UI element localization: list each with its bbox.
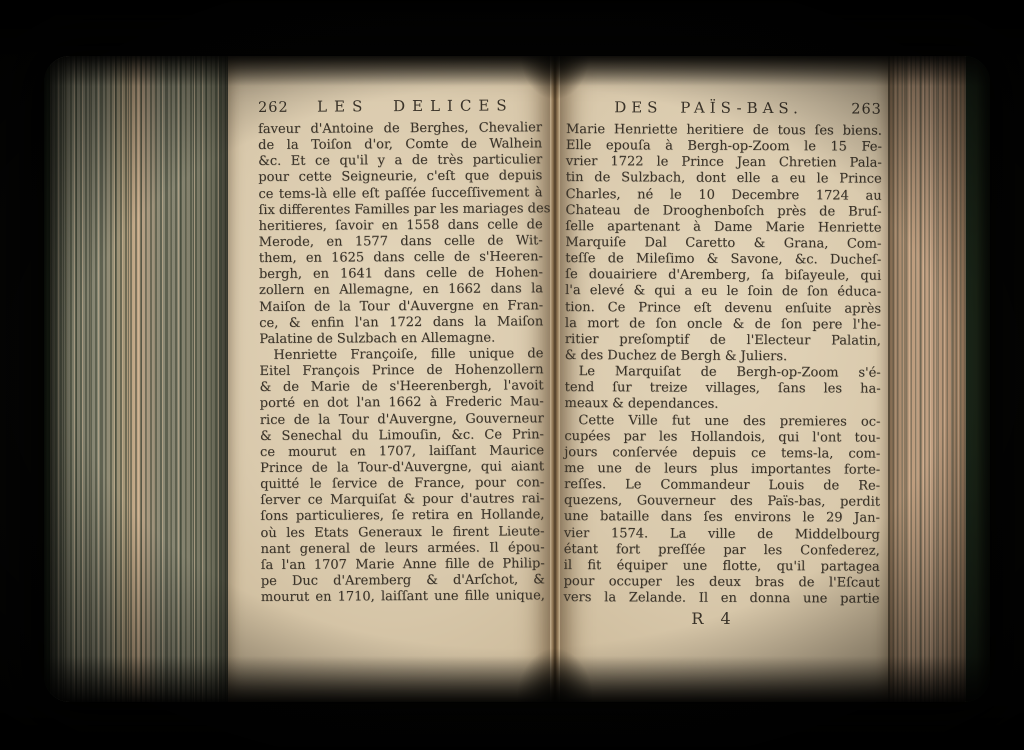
text-line: une bataille dans ſes environs le 29 Jan… [564, 509, 880, 527]
text-line: meaux & dependances. [564, 396, 880, 414]
text-line: bergh, en 1641 dans celle de Hohen- [259, 266, 543, 284]
book-gutter [550, 56, 560, 702]
text-line: Palatine de Sulzbach en Allemagne. [259, 330, 543, 348]
text-line: tend ſur treize villages, ſans les ha- [565, 380, 881, 398]
text-line: vrier 1722 le Prince Jean Chretien Pala- [566, 154, 882, 172]
text-line: il fit équiper une flotte, qu'il partage… [564, 558, 880, 576]
text-line: rice de la Tour d'Auvergne, Gouverneur [260, 411, 544, 429]
text-line: ce, & enfin l'an 1722 dans la Maiſon [259, 314, 543, 332]
page-fore-edge-right [888, 56, 966, 702]
text-line: Chateau de Drooghenboſch près de Bruſ- [565, 203, 881, 221]
text-line: vier 1574. La ville de Middelbourg [564, 526, 880, 544]
text-line: pour occuper les deux bras de l'Eſcaut [564, 574, 880, 592]
right-page: DES PAÏS-BAS. 263 Marie Henriette heriti… [560, 56, 888, 702]
text-line: jours conſervée depuis ce tems-la, com- [564, 445, 880, 463]
right-page-header: DES PAÏS-BAS. 263 [566, 98, 882, 118]
photo-background: 262 LES DELICES faveur d'Antoine de Berg… [0, 0, 1024, 750]
text-line: ſelle apartenant à Dame Marie Henriette [565, 219, 881, 237]
text-line: porté en dot l'an 1662 à Frederic Mau- [260, 395, 544, 413]
text-line: heritieres, ſavoir en 1558 dans celle de [259, 217, 543, 235]
text-line: ſerver ce Marquiſat & pour d'autres rai- [260, 491, 544, 509]
page-number-left: 262 [258, 100, 289, 116]
text-line: faveur d'Antoine de Berghes, Chevalier [258, 120, 542, 138]
text-line: ſa l'an 1707 Marie Anne fille de Philip- [261, 556, 545, 574]
text-line: quitté le ſervice de France, pour con- [260, 475, 544, 493]
text-line: reſſes. Le Commandeur Louis de Re- [564, 477, 880, 495]
signature-mark: R 4 [554, 609, 870, 628]
text-line: Prince de la Tour-d'Auvergne, qui aiant [260, 459, 544, 477]
text-line: ſons particulieres, ſe retira en Holland… [260, 508, 544, 526]
left-page-header: 262 LES DELICES [258, 96, 542, 116]
text-line: où les Etats Generaux le firent Lieute- [260, 524, 544, 542]
text-line: pour cette Seigneurie, c'eſt que depuis [258, 169, 542, 187]
text-line: tion. Ce Prince eſt devenu enſuite après [565, 300, 881, 318]
text-line: ce mourut en 1707, laiſſant Maurice [260, 443, 544, 461]
text-line: étant fort preſſée par les Confederez, [564, 542, 880, 560]
text-line: Merode, en 1577 dans celle de Wit- [259, 233, 543, 251]
text-line: me une de leurs plus importantes forte- [564, 461, 880, 479]
text-line: teſſe de Mileſimo & Savone, &c. Ducheſ- [565, 251, 881, 269]
open-book: 262 LES DELICES faveur d'Antoine de Berg… [44, 56, 990, 702]
text-line: mourut en 1710, laiſſant une fille uniqu… [261, 588, 545, 606]
text-line: them, en 1625 dans celle de s'Heeren- [259, 249, 543, 267]
text-line: Henriette Françoiſe, fille unique de [259, 346, 543, 364]
left-page: 262 LES DELICES faveur d'Antoine de Berg… [228, 56, 550, 702]
text-line: Cette Ville fut une des premieres oc- [564, 413, 880, 431]
text-line: Charles, né le 10 Decembre 1724 au [566, 187, 882, 205]
text-line: quezens, Gouverneur des Païs-bas, perdit [564, 493, 880, 511]
text-line: &c. Et ce qu'il y a de très particulier [258, 153, 542, 171]
page-fore-edge-left [50, 56, 228, 702]
text-line: Elle epouſa à Bergh-op-Zoom le 15 Fe- [566, 138, 882, 156]
text-line: vers la Zelande. Il en donna une partie [563, 590, 879, 608]
text-line: la mort de ſon oncle & de ſon pere l'he- [565, 316, 881, 334]
text-line: pe Duc d'Aremberg & d'Arſchot, & [261, 572, 545, 590]
text-line: & des Duchez de Bergh & Juliers. [565, 348, 881, 366]
right-page-text: Marie Henriette heritiere de tous ſes bi… [563, 122, 882, 608]
text-line: nant general de leurs armées. Il épou- [261, 540, 545, 558]
text-line: & Senechal du Limouſin, &c. Ce Prin- [260, 427, 544, 445]
text-line: Eitel François Prince de Hohenzollern [259, 362, 543, 380]
text-line: cupées par les Hollandois, qui l'ont tou… [564, 429, 880, 447]
text-line: zollern en Allemagne, en 1662 dans la [259, 282, 543, 300]
book-cover-edge-right [966, 56, 990, 702]
text-line: Le Marquiſat de Bergh-op-Zoom s'é- [565, 364, 881, 382]
text-line: tin de Sulzbach, dont elle a eu le Princ… [566, 170, 882, 188]
text-line: ce tems-là elle eſt paſſée ſucceſſivemen… [258, 185, 542, 203]
running-title-left: LES DELICES [289, 96, 542, 116]
text-line: ritier preſomptif de l'Electeur Palatin, [565, 332, 881, 350]
text-line: Marie Henriette heritiere de tous ſes bi… [566, 122, 882, 140]
text-line: l'a elevé & qui a eu le ſoin de ſon éduc… [565, 283, 881, 301]
page-number-right: 263 [851, 101, 882, 117]
left-page-text: faveur d'Antoine de Berghes, Chevalierde… [258, 120, 545, 606]
text-line: Maiſon de la Tour d'Auvergne en Fran- [259, 298, 543, 316]
running-title-right: DES PAÏS-BAS. [566, 98, 851, 117]
text-line: Marquiſe Dal Caretto & Grana, Com- [565, 235, 881, 253]
text-line: ſix differentes Familles par les mariage… [258, 201, 542, 219]
